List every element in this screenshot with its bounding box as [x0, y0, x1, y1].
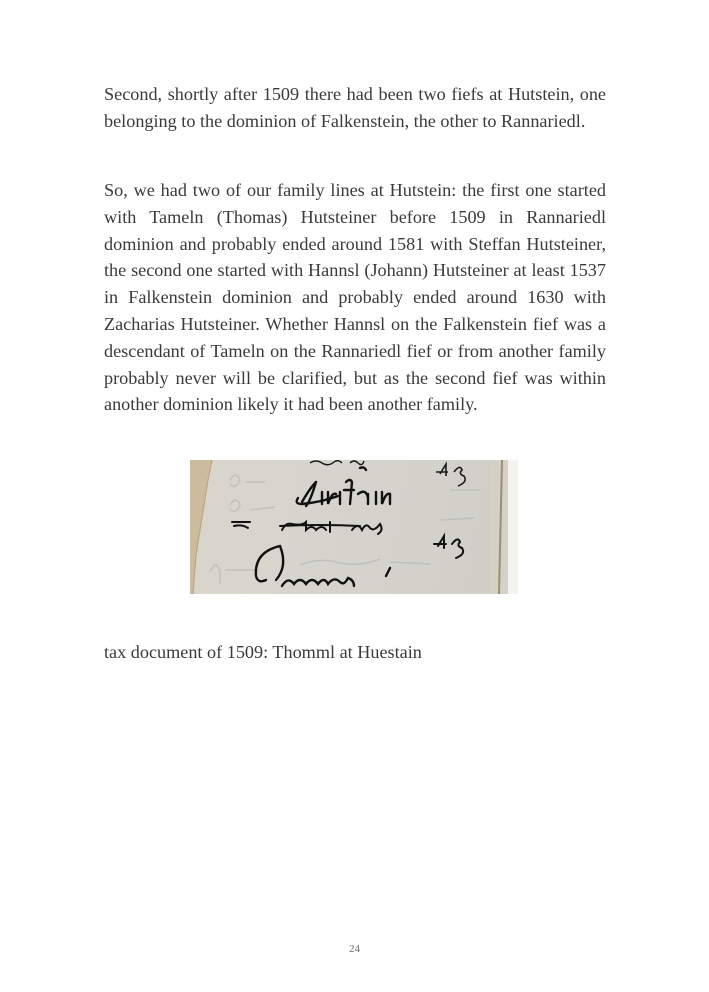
- tax-document-photo: [190, 460, 518, 594]
- document-page: Second, shortly after 1509 there had bee…: [0, 0, 709, 992]
- paragraph-fiefs-at-hutstein: Second, shortly after 1509 there had bee…: [104, 81, 606, 135]
- paragraph-family-lines: So, we had two of our family lines at Hu…: [104, 177, 606, 418]
- handwritten-tax-record-image: [190, 460, 518, 594]
- page-number: 24: [0, 943, 709, 955]
- figure-caption: tax document of 1509: Thomml at Huestain: [104, 639, 422, 665]
